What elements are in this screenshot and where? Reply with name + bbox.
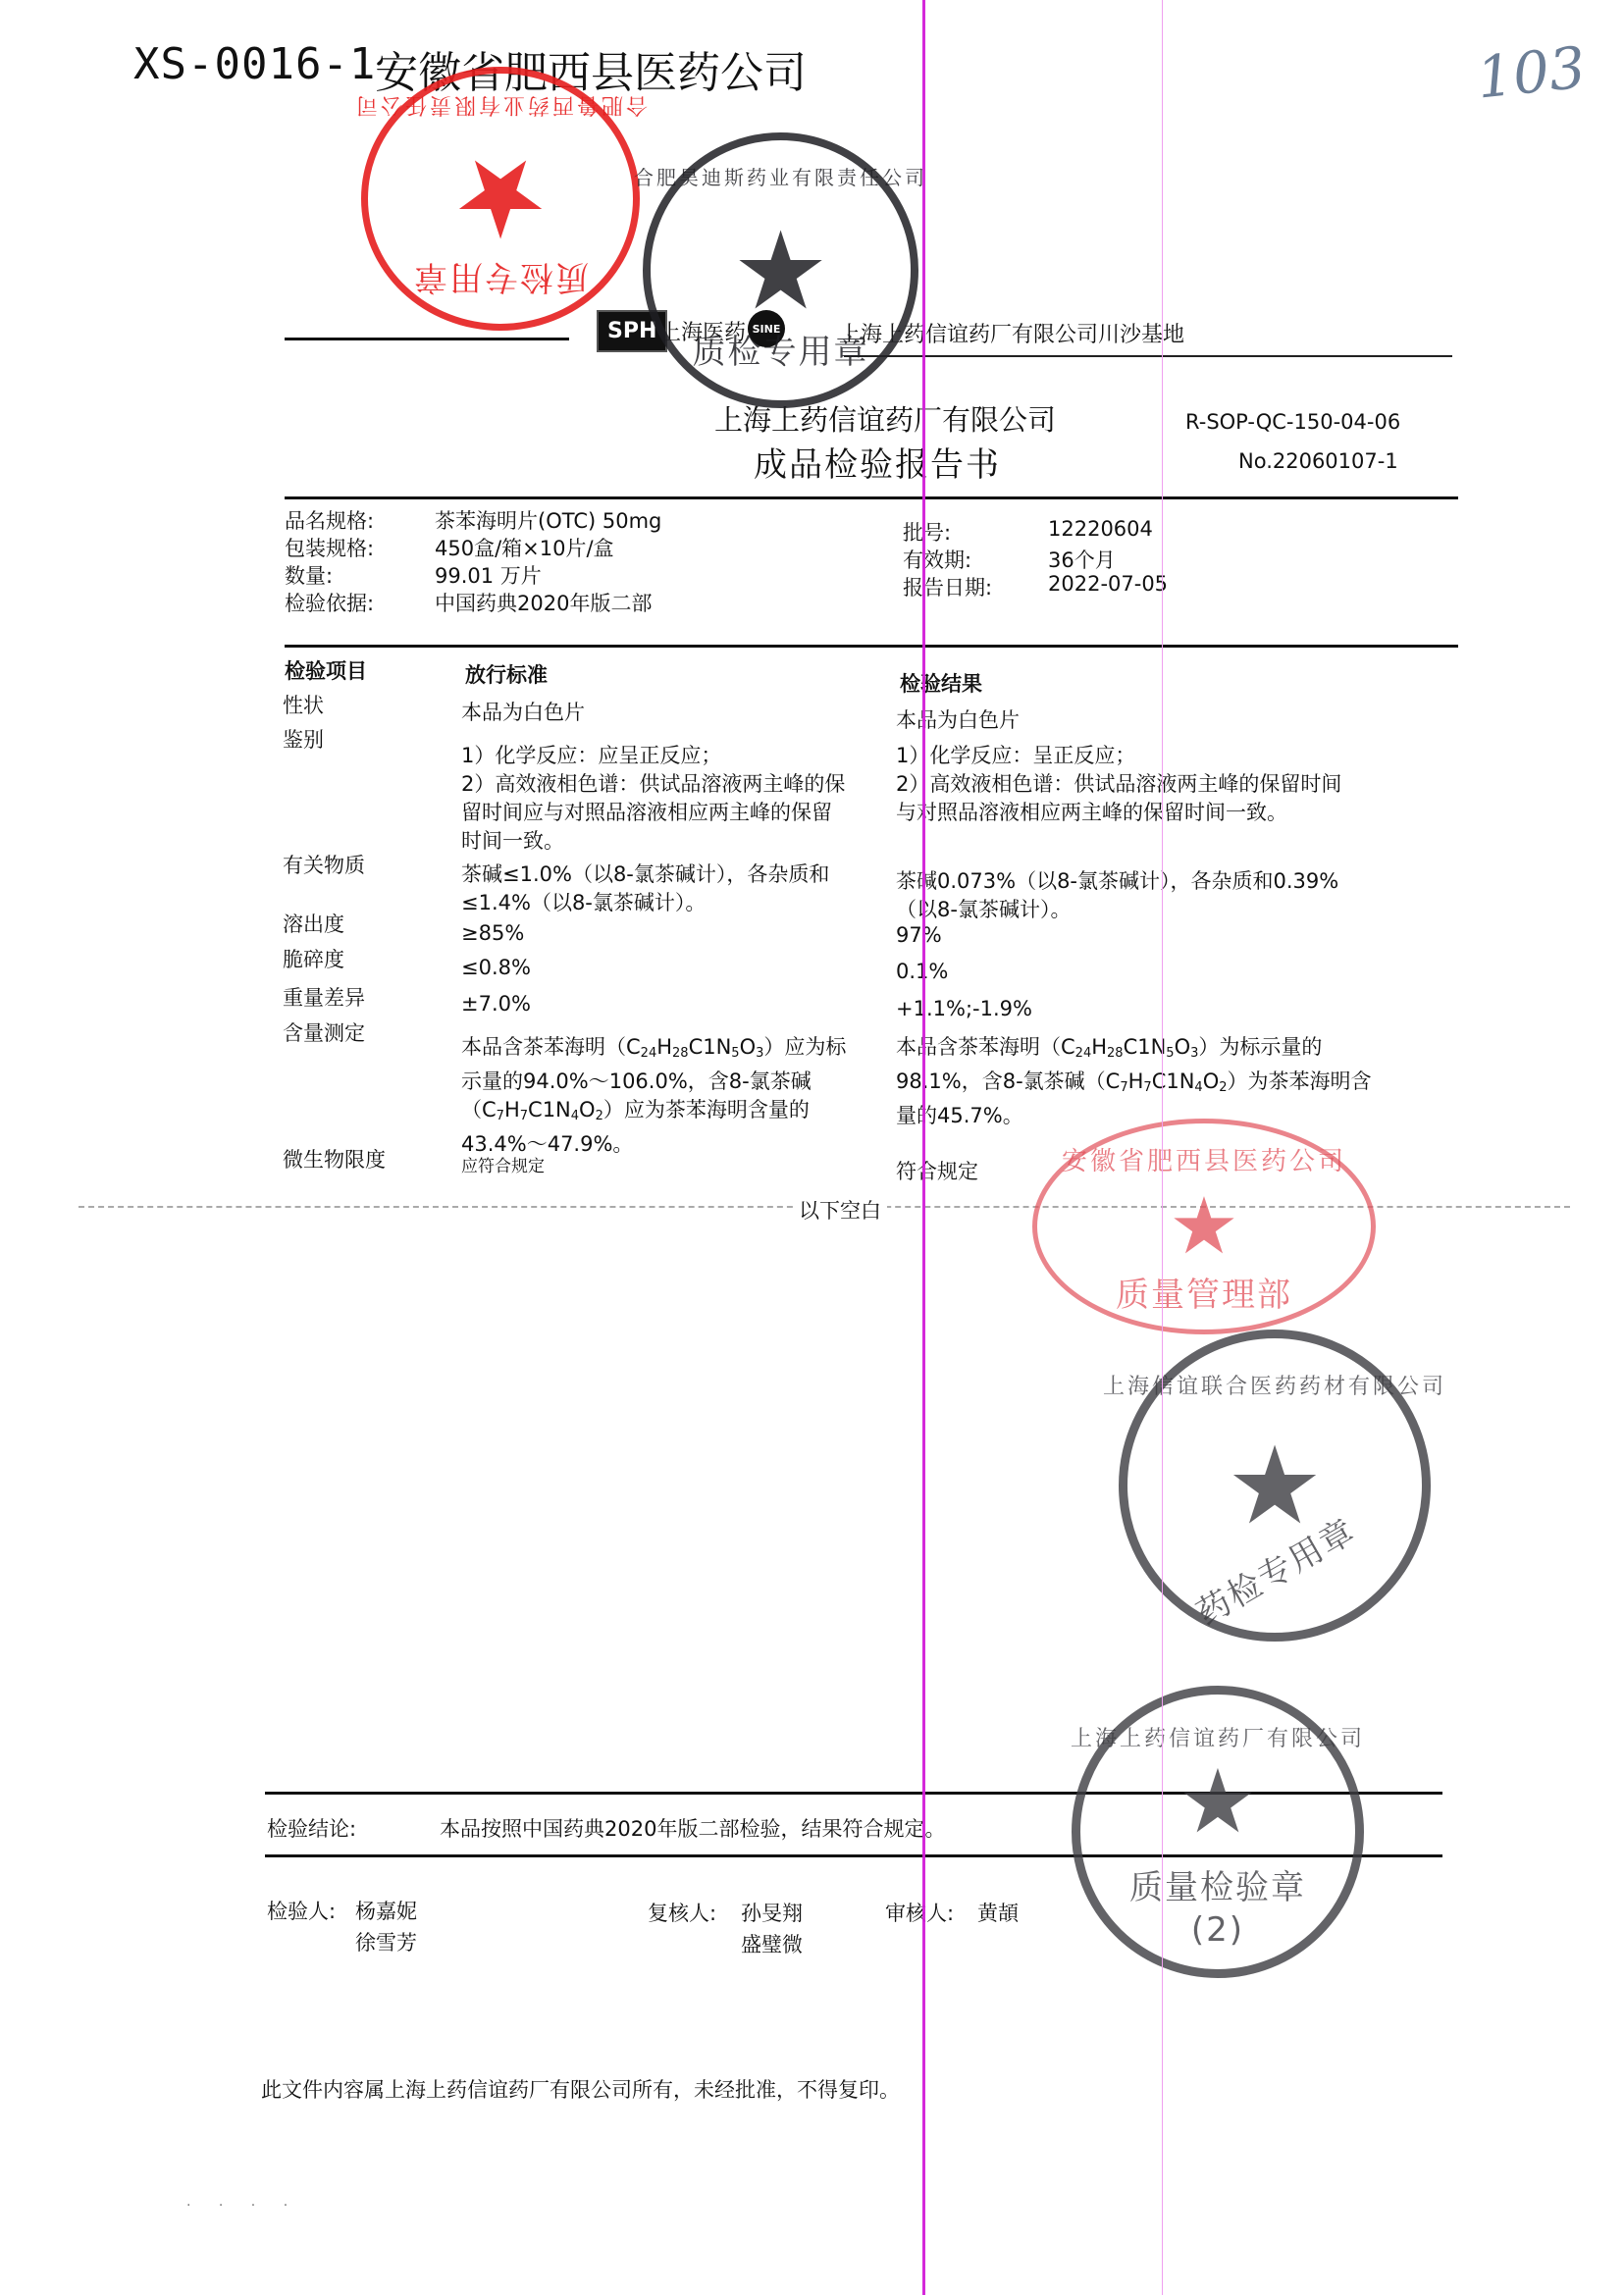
test-result: 97% [896, 921, 942, 950]
report-title: 成品检验报告书 [754, 438, 1001, 486]
test-item: 微生物限度 [283, 1146, 386, 1174]
info-value: 12220604 [1048, 517, 1153, 541]
approver-label: 审核人: [885, 1898, 954, 1929]
test-item: 重量差异 [283, 984, 365, 1013]
test-result: 茶碱0.073%（以8-氯茶碱计），各杂质和0.39%（以8-氯茶碱计）。 [896, 867, 1338, 924]
info-label: 批号: [903, 517, 951, 547]
release-standard: ≥85% [461, 919, 524, 948]
test-result: 本品为白色片 [896, 706, 1020, 735]
scan-artifact-line [922, 0, 925, 2295]
info-value: 450盒/箱×10片/盒 [435, 533, 614, 562]
inspector-1: 杨嘉妮 [355, 1896, 417, 1927]
handwritten-page-number: 103 [1474, 33, 1589, 111]
confidentiality-footer: 此文件内容属上海上药信谊药厂有限公司所有，未经批准，不得复印。 [261, 2074, 900, 2104]
info-value: 2022-07-05 [1048, 572, 1168, 596]
info-label: 有效期: [903, 545, 971, 574]
stamp-xinyi-drug-inspection: ★ 上海信谊联合医药药材有限公司 药检专用章 [1119, 1330, 1431, 1642]
star-icon: ★ [452, 145, 550, 253]
scan-artifact-line-faint [1162, 0, 1163, 2295]
info-value: 99.01 万片 [435, 560, 542, 590]
release-standard: 茶碱≤1.0%（以8-氯茶碱计），各杂质和≤1.4%（以8-氯茶碱计）。 [461, 861, 829, 917]
info-value: 茶苯海明片(OTC) 50mg [435, 505, 661, 535]
reviewer-label: 复核人: [648, 1898, 716, 1929]
star-icon: ★ [1179, 1758, 1258, 1847]
header-release-standard: 放行标准 [465, 659, 548, 689]
test-result: 本品含茶苯海明（C24H28C1N5O3）为标示量的98.1%，含8-氯茶碱（C… [896, 1033, 1372, 1130]
stamp-hefei-red: ★ 质检专用章 合肥鲁西药业有限责任公司 [361, 67, 640, 331]
test-item: 脆碎度 [283, 946, 344, 974]
info-label: 包装规格: [285, 533, 374, 562]
rule-top-info [285, 496, 1458, 499]
info-value: 中国药典2020年版二部 [435, 588, 652, 617]
info-label: 检验依据: [285, 588, 374, 617]
info-label: 报告日期: [903, 572, 992, 601]
release-standard: ≤0.8% [461, 954, 531, 982]
test-result: 1）化学反应：呈正反应；2）高效液相色谱：供试品溶液两主峰的保留时间与对照品溶液… [896, 742, 1341, 827]
inspector-label: 检验人: [267, 1896, 336, 1927]
header-test-result: 检验结果 [900, 668, 982, 698]
test-result: 符合规定 [896, 1158, 978, 1186]
stamp-xinyi-quality-inspection: ★ 上海上药信谊药厂有限公司 质量检验章 (2) [1072, 1686, 1364, 1978]
stamp-hefei-black: ★ 合肥昊迪斯药业有限责任公司 质检专用章 [643, 132, 918, 408]
test-item: 性状 [283, 692, 324, 720]
info-label: 数量: [285, 560, 333, 590]
inspector-2: 徐雪芳 [355, 1927, 417, 1958]
release-standard: ±7.0% [461, 990, 531, 1018]
header-test-item: 检验项目 [285, 655, 367, 685]
release-standard: 应符合规定 [461, 1153, 545, 1181]
test-item: 有关物质 [283, 852, 365, 880]
info-label: 品名规格: [285, 505, 374, 535]
release-standard: 1）化学反应：应呈正反应；2）高效液相色谱：供试品溶液两主峰的保留时间应与对照品… [461, 742, 845, 856]
letterhead-rule-right [844, 355, 1452, 357]
reviewer-1: 孙旻翔 [741, 1898, 803, 1929]
scan-specks: · · · · [186, 2198, 299, 2214]
release-standard: 本品为白色片 [461, 699, 585, 727]
approver: 黄頡 [977, 1898, 1019, 1929]
star-icon: ★ [732, 217, 829, 325]
star-icon: ★ [1169, 1187, 1239, 1266]
report-number: No.22060107-1 [1238, 449, 1398, 473]
rule-top-table [285, 645, 1458, 648]
stamp-feixi-quality-dept: ★ 安徽省肥西县医药公司 质量管理部 [1032, 1119, 1376, 1334]
info-value: 36个月 [1048, 545, 1116, 574]
reviewer-2: 盛璧微 [741, 1929, 803, 1960]
blank-below-marker: 以下空白 [793, 1195, 887, 1225]
test-item: 溶出度 [283, 911, 344, 939]
document-id: XS-0016-1 [133, 39, 376, 89]
release-standard: 本品含茶苯海明（C24H28C1N5O3）应为标示量的94.0%～106.0%，… [461, 1033, 846, 1159]
letterhead-rule-left [285, 338, 569, 340]
sop-code: R-SOP-QC-150-04-06 [1185, 410, 1400, 434]
conclusion-text: 本品按照中国药典2020年版二部检验，结果符合规定。 [440, 1813, 945, 1843]
test-item: 鉴别 [283, 726, 324, 755]
test-result: +1.1%;-1.9% [896, 995, 1032, 1023]
conclusion-label: 检验结论: [267, 1813, 356, 1843]
test-item: 含量测定 [283, 1019, 365, 1048]
